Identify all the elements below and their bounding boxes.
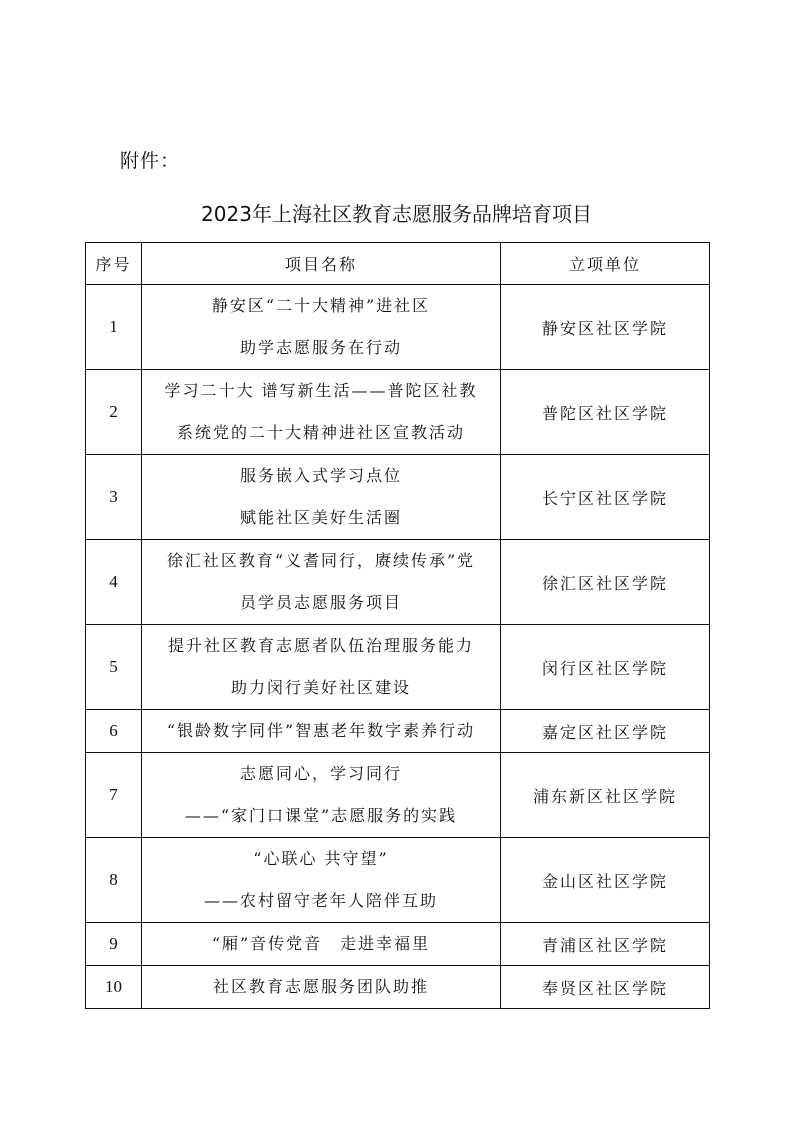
table-row: 9 “厢”音传党音 走进幸福里 青浦区社区学院 xyxy=(86,923,710,966)
project-unit: 青浦区社区学院 xyxy=(501,923,710,966)
row-number: 5 xyxy=(86,625,142,710)
project-name-line: 学习二十大 谱写新生活——普陀区社教 xyxy=(142,370,500,412)
header-number: 序号 xyxy=(86,243,142,285)
project-name-line: “心联心 共守望” xyxy=(142,838,500,880)
project-name: “银龄数字同伴”智惠老年数字素养行动 xyxy=(142,710,501,753)
project-unit: 闵行区社区学院 xyxy=(501,625,710,710)
row-number: 4 xyxy=(86,540,142,625)
table-row: 6 “银龄数字同伴”智惠老年数字素养行动 嘉定区社区学院 xyxy=(86,710,710,753)
project-name-line: 助力闵行美好社区建设 xyxy=(142,667,500,709)
project-name: 徐汇社区教育“义耆同行，赓续传承”党员学员志愿服务项目 xyxy=(142,540,501,625)
project-unit: 徐汇区社区学院 xyxy=(501,540,710,625)
document-title: 2023年上海社区教育志愿服务品牌培育项目 xyxy=(0,198,793,227)
project-name: “心联心 共守望”——农村留守老年人陪伴互助 xyxy=(142,838,501,923)
table-row: 10 社区教育志愿服务团队助推 奉贤区社区学院 xyxy=(86,966,710,1009)
table-row: 1 静安区“二十大精神”进社区助学志愿服务在行动 静安区社区学院 xyxy=(86,285,710,370)
project-table: 序号 项目名称 立项单位 1 静安区“二十大精神”进社区助学志愿服务在行动 静安… xyxy=(85,242,710,1009)
header-unit: 立项单位 xyxy=(501,243,710,285)
project-name-line: 赋能社区美好生活圈 xyxy=(142,497,500,539)
project-name: 社区教育志愿服务团队助推 xyxy=(142,966,501,1009)
table-row: 3 服务嵌入式学习点位赋能社区美好生活圈 长宁区社区学院 xyxy=(86,455,710,540)
table-row: 5 提升社区教育志愿者队伍治理服务能力助力闵行美好社区建设 闵行区社区学院 xyxy=(86,625,710,710)
project-name: 服务嵌入式学习点位赋能社区美好生活圈 xyxy=(142,455,501,540)
row-number: 10 xyxy=(86,966,142,1009)
row-number: 1 xyxy=(86,285,142,370)
project-unit: 普陀区社区学院 xyxy=(501,370,710,455)
row-number: 3 xyxy=(86,455,142,540)
project-name: 提升社区教育志愿者队伍治理服务能力助力闵行美好社区建设 xyxy=(142,625,501,710)
table-row: 2 学习二十大 谱写新生活——普陀区社教系统党的二十大精神进社区宣教活动 普陀区… xyxy=(86,370,710,455)
project-unit: 嘉定区社区学院 xyxy=(501,710,710,753)
project-name-line: 静安区“二十大精神”进社区 xyxy=(142,285,500,327)
project-unit: 静安区社区学院 xyxy=(501,285,710,370)
row-number: 8 xyxy=(86,838,142,923)
project-unit: 金山区社区学院 xyxy=(501,838,710,923)
attachment-label: 附件： xyxy=(120,146,180,173)
project-unit: 浦东新区社区学院 xyxy=(501,753,710,838)
project-name-line: 员学员志愿服务项目 xyxy=(142,582,500,624)
row-number: 2 xyxy=(86,370,142,455)
project-name-line: 提升社区教育志愿者队伍治理服务能力 xyxy=(142,625,500,667)
project-name-line: 系统党的二十大精神进社区宣教活动 xyxy=(142,412,500,454)
project-unit: 长宁区社区学院 xyxy=(501,455,710,540)
project-name: 学习二十大 谱写新生活——普陀区社教系统党的二十大精神进社区宣教活动 xyxy=(142,370,501,455)
project-name: 静安区“二十大精神”进社区助学志愿服务在行动 xyxy=(142,285,501,370)
project-name-line: “厢”音传党音 走进幸福里 xyxy=(142,923,500,965)
row-number: 9 xyxy=(86,923,142,966)
table-row: 4 徐汇社区教育“义耆同行，赓续传承”党员学员志愿服务项目 徐汇区社区学院 xyxy=(86,540,710,625)
project-name: 志愿同心，学习同行——“家门口课堂”志愿服务的实践 xyxy=(142,753,501,838)
row-number: 6 xyxy=(86,710,142,753)
project-name-line: ——“家门口课堂”志愿服务的实践 xyxy=(142,795,500,837)
project-name-line: ——农村留守老年人陪伴互助 xyxy=(142,880,500,922)
header-project-name: 项目名称 xyxy=(142,243,501,285)
table-row: 8 “心联心 共守望”——农村留守老年人陪伴互助 金山区社区学院 xyxy=(86,838,710,923)
table-row: 7 志愿同心，学习同行——“家门口课堂”志愿服务的实践 浦东新区社区学院 xyxy=(86,753,710,838)
table-header-row: 序号 项目名称 立项单位 xyxy=(86,243,710,285)
row-number: 7 xyxy=(86,753,142,838)
project-name-line: 助学志愿服务在行动 xyxy=(142,327,500,369)
project-name: “厢”音传党音 走进幸福里 xyxy=(142,923,501,966)
project-name-line: 徐汇社区教育“义耆同行，赓续传承”党 xyxy=(142,540,500,582)
project-name-line: 志愿同心，学习同行 xyxy=(142,753,500,795)
project-name-line: “银龄数字同伴”智惠老年数字素养行动 xyxy=(142,710,500,752)
project-name-line: 服务嵌入式学习点位 xyxy=(142,455,500,497)
project-unit: 奉贤区社区学院 xyxy=(501,966,710,1009)
project-name-line: 社区教育志愿服务团队助推 xyxy=(142,966,500,1008)
